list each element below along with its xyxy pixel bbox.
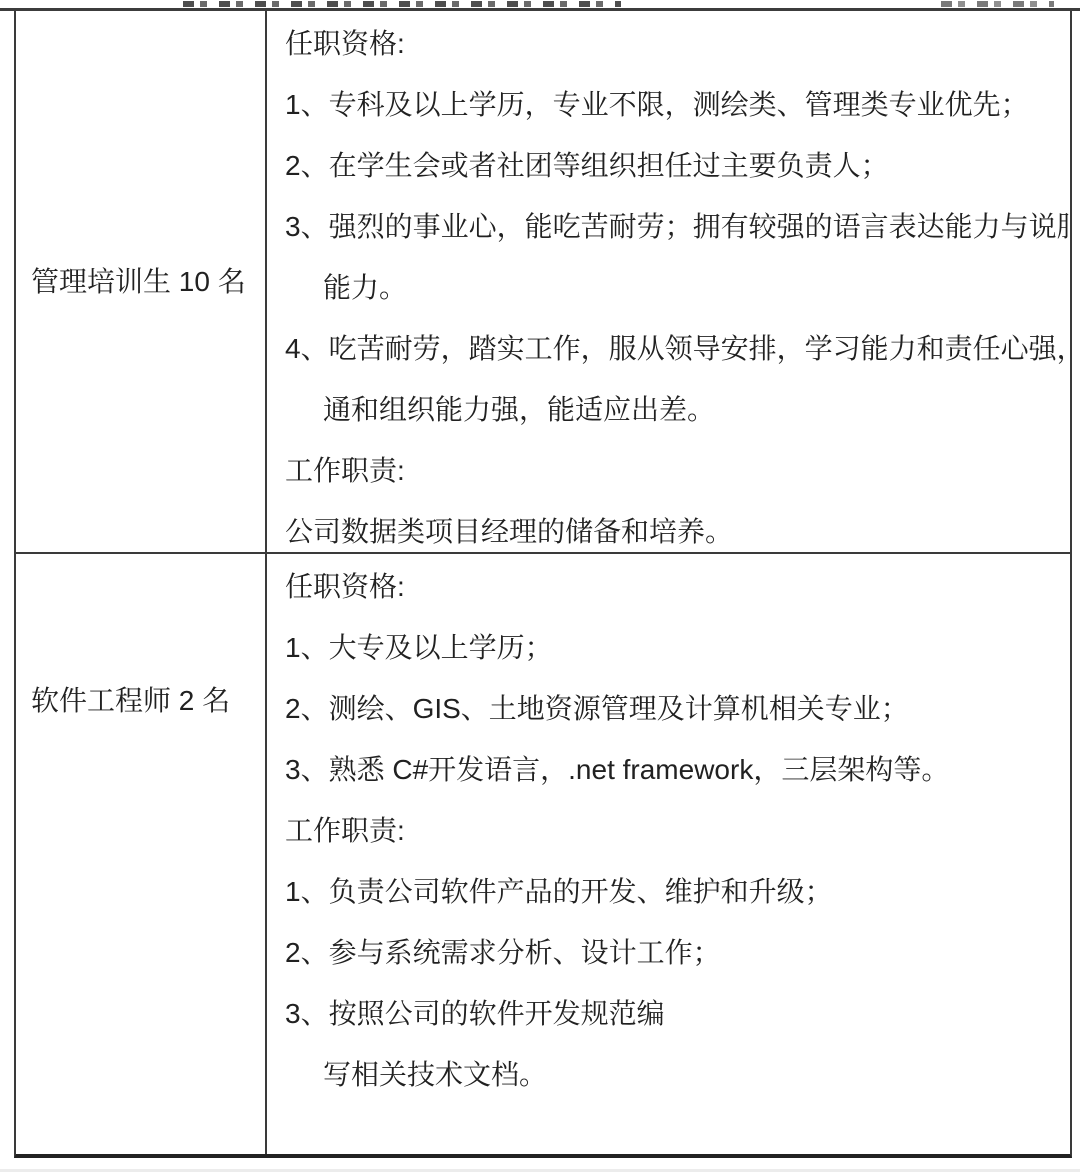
details-cell: 任职资格: 1、专科及以上学历，专业不限，测绘类、管理类专业优先； 2、在学生会… bbox=[267, 11, 1070, 552]
detail-line-continuation: 通和组织能力强，能适应出差。 bbox=[285, 379, 1062, 440]
detail-line: 2、参与系统需求分析、设计工作； bbox=[285, 922, 1062, 983]
section-heading: 工作职责: bbox=[285, 800, 1062, 861]
detail-line: 1、负责公司软件产品的开发、维护和升级； bbox=[285, 861, 1062, 922]
detail-line-continuation: 写相关技术文档。 bbox=[285, 1044, 1062, 1105]
section-heading: 工作职责: bbox=[285, 440, 1062, 501]
detail-line: 1、专科及以上学历，专业不限，测绘类、管理类专业优先； bbox=[285, 74, 1062, 135]
detail-line: 3、按照公司的软件开发规范编 bbox=[285, 983, 1062, 1044]
detail-line: 3、熟悉 C#开发语言，.net framework，三层架构等。 bbox=[285, 739, 1062, 800]
detail-line: 2、在学生会或者社团等组织担任过主要负责人； bbox=[285, 135, 1062, 196]
detail-line: 3、强烈的事业心，能吃苦耐劳；拥有较强的语言表达能力与说服 bbox=[285, 196, 1062, 257]
detail-line: 1、大专及以上学历； bbox=[285, 617, 1062, 678]
position-cell: 管理培训生 10 名 bbox=[16, 11, 267, 552]
detail-line: 2、测绘、GIS、土地资源管理及计算机相关专业； bbox=[285, 678, 1062, 739]
section-heading: 任职资格: bbox=[285, 13, 1062, 74]
clipped-text-fragment-right bbox=[941, 1, 1054, 7]
position-cell: 软件工程师 2 名 bbox=[16, 554, 267, 1154]
section-heading: 任职资格: bbox=[285, 556, 1062, 617]
details-cell: 任职资格: 1、大专及以上学历； 2、测绘、GIS、土地资源管理及计算机相关专业… bbox=[267, 554, 1070, 1154]
table-row: 管理培训生 10 名 任职资格: 1、专科及以上学历，专业不限，测绘类、管理类专… bbox=[16, 11, 1070, 552]
detail-line: 4、吃苦耐劳，踏实工作，服从领导安排，学习能力和责任心强，沟 bbox=[285, 318, 1062, 379]
detail-line: 公司数据类项目经理的储备和培养。 bbox=[285, 501, 1062, 552]
detail-line-continuation: 能力。 bbox=[285, 257, 1062, 318]
job-positions-table: 管理培训生 10 名 任职资格: 1、专科及以上学历，专业不限，测绘类、管理类专… bbox=[14, 11, 1072, 1158]
page-bottom-edge bbox=[0, 1169, 1080, 1172]
position-title: 软件工程师 2 名 bbox=[31, 670, 265, 731]
table-row: 软件工程师 2 名 任职资格: 1、大专及以上学历； 2、测绘、GIS、土地资源… bbox=[16, 552, 1070, 1154]
position-title: 管理培训生 10 名 bbox=[31, 251, 246, 312]
clipped-text-fragment-left bbox=[183, 1, 621, 7]
